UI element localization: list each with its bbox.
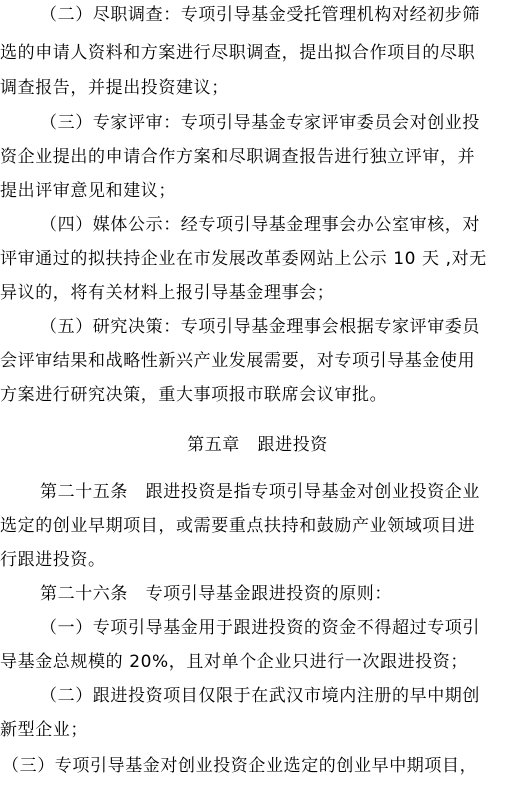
paragraph-expert-review-line-2: 资企业提出的申请合作方案和尽职调查报告进行独立评审，并 [0, 146, 475, 168]
paragraph-decision-line-2: 会评审结果和战略性新兴产业发展需要，对专项引导基金使用 [0, 350, 475, 372]
article-25-line-1: 第二十五条 跟进投资是指专项引导基金对创业投资企业 [40, 481, 480, 503]
paragraph-due-diligence-line-3: 调查报告，并提出投资建议； [0, 77, 229, 99]
article-26-line-1: 第二十六条 专项引导基金跟进投资的原则： [40, 583, 392, 605]
article-26-item-1-line-2: 导基金总规模的 20%，且对单个企业只进行一次跟进投资； [0, 651, 468, 673]
paragraph-expert-review-line-1: （三）专家评审：专项引导基金专家评审委员会对创业投 [40, 112, 480, 134]
paragraph-due-diligence-line-2: 选的申请人资料和方案进行尽职调查，提出拟合作项目的尽职 [0, 42, 475, 64]
paragraph-decision-line-3: 方案进行研究决策，重大事项报市联席会议审批。 [0, 384, 387, 406]
document-page: （二）尽职调查：专项引导基金受托管理机构对经初步筛 选的申请人资料和方案进行尽职… [0, 0, 515, 785]
article-26-item-2-line-1: （二）跟进投资项目仅限于在武汉市境内注册的早中期创 [40, 685, 480, 707]
paragraph-public-notice-line-3: 异议的，将有关材料上报引导基金理事会； [0, 282, 334, 304]
chapter-heading: 第五章 跟进投资 [0, 434, 515, 456]
paragraph-public-notice-line-1: （四）媒体公示：经专项引导基金理事会办公室审核，对 [40, 214, 480, 236]
paragraph-expert-review-line-3: 提出评审意见和建议； [0, 180, 176, 202]
paragraph-due-diligence-line-1: （二）尽职调查：专项引导基金受托管理机构对经初步筛 [40, 4, 480, 26]
article-25-line-2: 选定的创业早期项目，或需要重点扶持和鼓励产业领域项目进 [0, 515, 475, 537]
article-25-line-3: 行跟进投资。 [0, 549, 106, 571]
article-26-item-2-line-2: 新型企业； [0, 719, 88, 741]
paragraph-decision-line-1: （五）研究决策：专项引导基金理事会根据专家评审委员 [40, 316, 480, 338]
article-26-item-1-line-1: （一）专项引导基金用于跟进投资的资金不得超过专项引 [40, 617, 480, 639]
paragraph-public-notice-line-2: 评审通过的拟扶持企业在市发展改革委网站上公示 10 天 ,对无 [0, 248, 487, 270]
article-26-item-3-line-1: （三）专项引导基金对创业投资企业选定的创业早中期项目， [2, 755, 477, 777]
